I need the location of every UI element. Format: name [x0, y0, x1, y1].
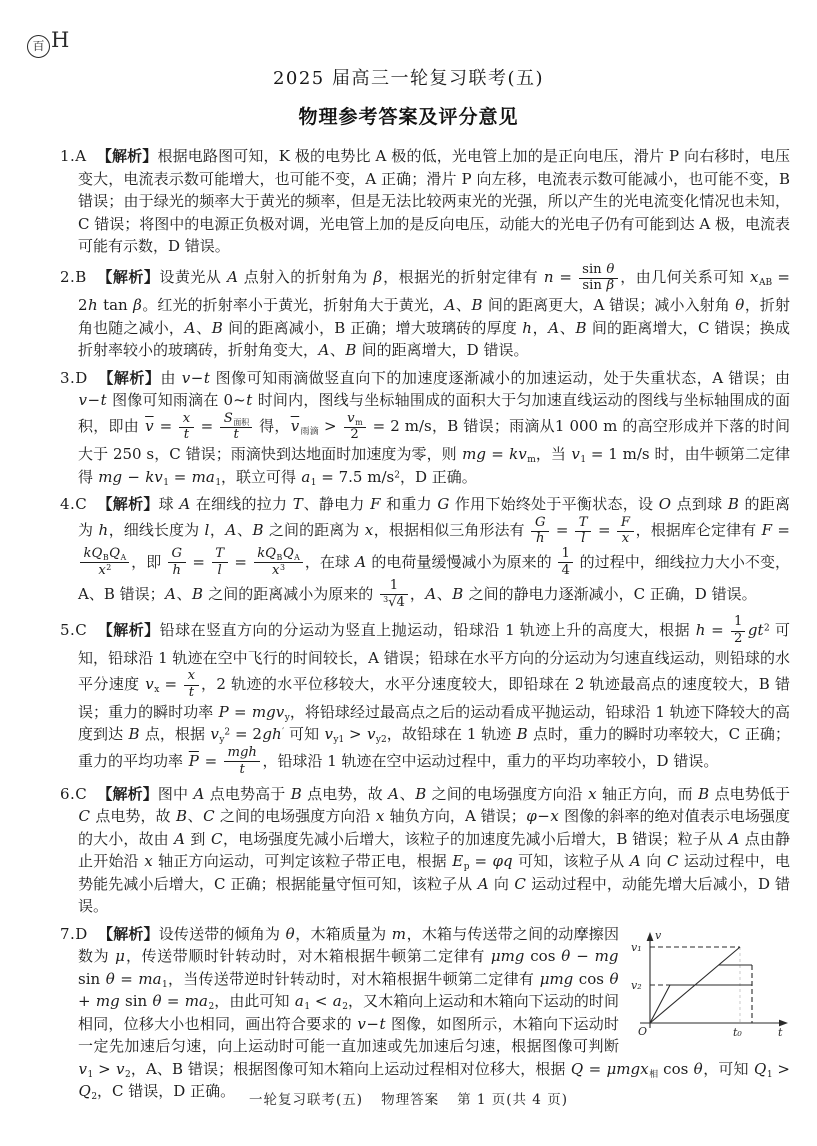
answer-label-2: 2.B — [60, 268, 87, 286]
item-1-paragraph: 1.A【解析】根据电路图可知，K 极的电势比 A 极的低，光电管上加的是正向电压… — [60, 145, 790, 258]
answer-text-3: 【解析】由 v−t 图像可知雨滴做竖直向下的加速度逐渐减小的加速运动，处于失重状… — [78, 369, 790, 486]
footer-section: 物理答案 — [381, 1092, 439, 1108]
item-3-paragraph: 3.D【解析】由 v−t 图像可知雨滴做竖直向下的加速度逐渐减小的加速运动，处于… — [60, 367, 790, 489]
footer-page-info: 第 1 页(共 4 页) — [457, 1092, 568, 1108]
exam-answer-page: 百H 2025 届高三一轮复习联考(五) 物理参考答案及评分意见 1.A【解析】… — [0, 0, 817, 1146]
item-5-paragraph: 5.C【解析】铅球在竖直方向的分运动为竖直上抛运动，铅球沿 1 轨迹上升的高度大… — [60, 615, 790, 777]
answer-item-7: v t O t₀ v₁ v₂ 7.D【解析】设传送带的倾角为 θ，木箱质量为 m… — [60, 923, 790, 1103]
vt-ylabel: v — [655, 929, 662, 942]
vt-v2-label: v₂ — [631, 979, 642, 992]
answer-text-4: 【解析】球 A 在细线的拉力 T、静电力 F 和重力 G 作用下始终处于平衡状态… — [78, 495, 790, 602]
exam-title: 2025 届高三一轮复习联考(五) — [0, 64, 817, 90]
answer-label-3: 3.D — [60, 369, 88, 387]
page-footer: 一轮复习联考(五)物理答案第 1 页(共 4 页) — [0, 1088, 817, 1108]
answer-label-6: 6.C — [60, 785, 87, 803]
publisher-logo: 百H — [27, 28, 69, 58]
y-axis-arrow — [647, 932, 654, 941]
answer-item-4: 4.C【解析】球 A 在细线的拉力 T、静电力 F 和重力 G 作用下始终处于平… — [60, 493, 790, 610]
answer-item-5: 5.C【解析】铅球在竖直方向的分运动为竖直上抛运动，铅球沿 1 轨迹上升的高度大… — [60, 615, 790, 777]
answer-label-7: 7.D — [60, 925, 88, 943]
answer-item-1: 1.A【解析】根据电路图可知，K 极的电势比 A 极的低，光电管上加的是正向电压… — [60, 145, 790, 258]
vt-v1-label: v₁ — [631, 941, 642, 954]
answer-item-2: 2.B【解析】设黄光从 A 点射入的折射角为 β，根据光的折射定律有 n = s… — [60, 263, 790, 362]
answer-label-4: 4.C — [60, 495, 87, 513]
answer-item-3: 3.D【解析】由 v−t 图像可知雨滴做竖直向下的加速度逐渐减小的加速运动，处于… — [60, 367, 790, 489]
answer-text-2: 【解析】设黄光从 A 点射入的折射角为 β，根据光的折射定律有 n = sin … — [78, 268, 790, 359]
item-4-paragraph: 4.C【解析】球 A 在细线的拉力 T、静电力 F 和重力 G 作用下始终处于平… — [60, 493, 790, 610]
logo-circle-glyph: 百 — [27, 35, 50, 58]
answer-item-6: 6.C【解析】图中 A 点电势高于 B 点电势，故 A、B 之间的电场强度方向沿… — [60, 783, 790, 918]
answer-label-5: 5.C — [60, 621, 87, 639]
vt-t0-label: t₀ — [733, 1026, 742, 1039]
item-6-paragraph: 6.C【解析】图中 A 点电势高于 B 点电势，故 A、B 之间的电场强度方向沿… — [60, 783, 790, 918]
answer-text-1: 【解析】根据电路图可知，K 极的电势比 A 极的低，光电管上加的是正向电压，滑片… — [78, 147, 790, 255]
footer-exam-name: 一轮复习联考(五) — [249, 1092, 363, 1108]
answer-key-subtitle: 物理参考答案及评分意见 — [0, 102, 817, 129]
curve-accelerate-then-constant — [650, 985, 752, 1023]
answer-text-6: 【解析】图中 A 点电势高于 B 点电势，故 A、B 之间的电场强度方向沿 x … — [78, 785, 790, 916]
answer-text-5: 【解析】铅球在竖直方向的分运动为竖直上抛运动，铅球沿 1 轨迹上升的高度大，根据… — [78, 621, 790, 770]
item-7-paragraph: v t O t₀ v₁ v₂ 7.D【解析】设传送带的倾角为 θ，木箱质量为 m… — [60, 923, 790, 1103]
answers-list: 1.A【解析】根据电路图可知，K 极的电势比 A 极的低，光电管上加的是正向电压… — [60, 145, 790, 1103]
vt-graph-figure: v t O t₀ v₁ v₂ — [628, 925, 790, 1041]
answer-label-1: 1.A — [60, 147, 87, 165]
item-2-paragraph: 2.B【解析】设黄光从 A 点射入的折射角为 β，根据光的折射定律有 n = s… — [60, 263, 790, 362]
vt-graph-svg: v t O t₀ v₁ v₂ — [628, 925, 790, 1041]
vt-origin-label: O — [638, 1025, 647, 1038]
logo-suffix: H — [51, 28, 69, 52]
vt-xlabel: t — [778, 1026, 783, 1039]
